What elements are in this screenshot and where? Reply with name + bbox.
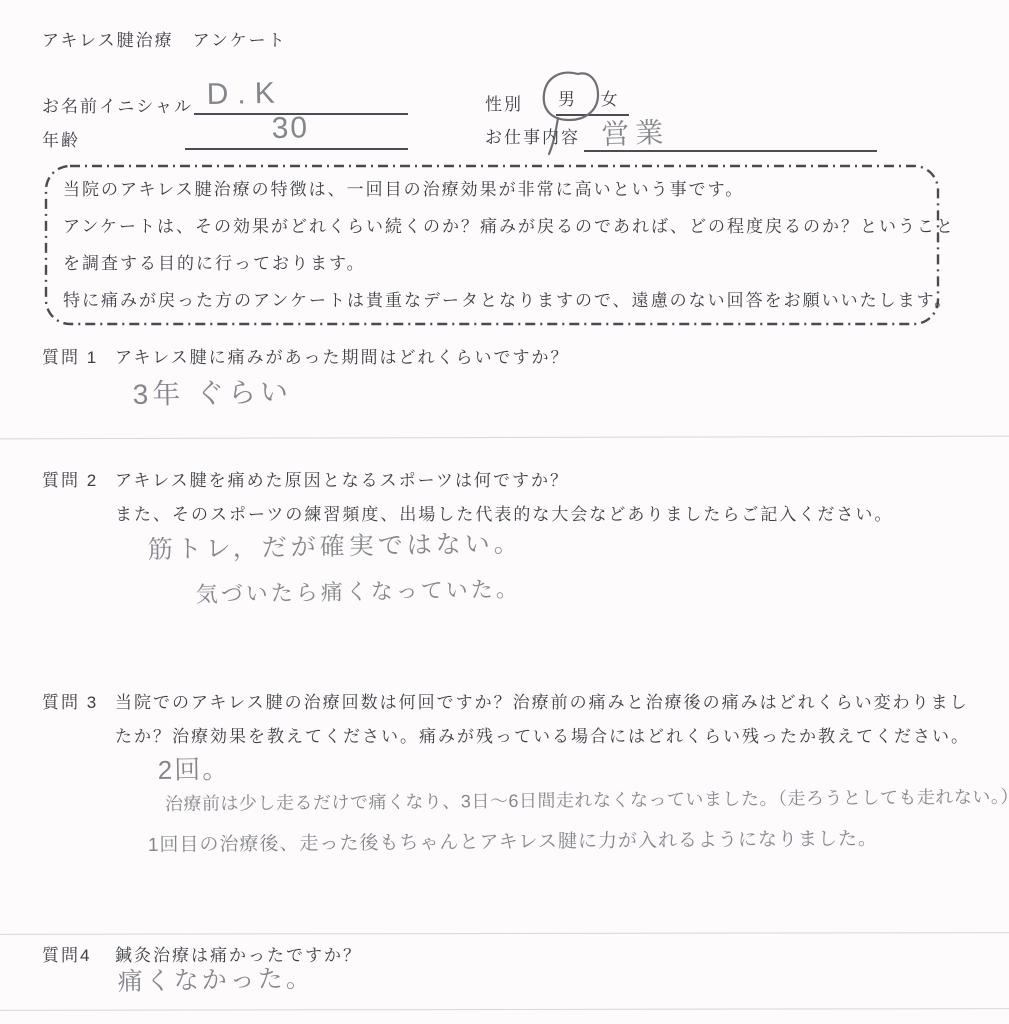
question-1-answer: 3年 ぐらい <box>132 370 292 413</box>
name-initial-label: お名前イニシャル <box>42 92 193 117</box>
question-1: 質問 1 アキレス腱に痛みがあった期間はどれくらいですか？ <box>42 343 569 368</box>
question-3-answer-line3: 1回目の治療後、走った後もちゃんとアキレス腱に力が入れるようになりました。 <box>148 824 878 857</box>
notice-line-2: アンケートは、その効果がどれくらい続くのか？痛みが戻るのであれば、どの程度戻るの… <box>63 208 955 245</box>
question-4-answer: 痛くなかった。 <box>117 959 314 998</box>
question-2-label: 質問 2 <box>42 466 115 491</box>
gender-label: 性別 <box>485 90 523 115</box>
age-value: 30 <box>271 111 309 146</box>
notice-box: 当院のアキレス腱治療の特徴は、一回目の治療効果が非常に高いという事です。 アンケ… <box>63 171 955 319</box>
age-underline <box>185 148 408 150</box>
question-2-answer-line2: 気づいたら痛くなっていた。 <box>195 572 521 609</box>
question-3-answer-line2: 治療前は少し走るだけで痛くなり、3日〜6日間走れなくなっていました。（走ろうとし… <box>165 783 1009 816</box>
scan-artifact-line-1 <box>0 436 1009 440</box>
question-2-text-line2: また、そのスポーツの練習頻度、出場した代表的な大会などありましたらご記入ください… <box>115 500 893 525</box>
notice-line-1: 当院のアキレス腱治療の特徴は、一回目の治療効果が非常に高いという事です。 <box>63 171 955 208</box>
question-3: 質問 3 当院でのアキレス腱の治療回数は何回ですか？治療前の痛みと治療後の痛みは… <box>42 688 969 713</box>
question-3-text: 当院でのアキレス腱の治療回数は何回ですか？治療前の痛みと治療後の痛みはどれくらい… <box>115 688 969 713</box>
age-label: 年齢 <box>42 126 80 151</box>
name-initial-value: D.K <box>206 77 284 112</box>
scan-artifact-line-2 <box>0 932 1009 935</box>
scan-artifact-line-3 <box>0 1008 1009 1011</box>
notice-line-3: を調査する目的に行っております。 <box>63 245 955 282</box>
question-3-text-line2: たか？治療効果を教えてください。痛みが残っている場合にはどれくらい残ったか教えて… <box>115 722 970 747</box>
question-3-label: 質問 3 <box>42 688 115 713</box>
question-2-answer-line1: 筋トレ，だが確実ではない。 <box>147 523 523 566</box>
question-1-text: アキレス腱に痛みがあった期間はどれくらいですか？ <box>115 343 569 368</box>
question-2: 質問 2 アキレス腱を痛めた原因となるスポーツは何ですか？ <box>42 466 569 491</box>
question-3-answer-line1: 2回。 <box>157 749 230 787</box>
job-value: 営業 <box>601 111 670 153</box>
question-4-label: 質問4 <box>42 941 115 966</box>
notice-line-4: 特に痛みが戻った方のアンケートは貴重なデータとなりますので、遠慮のない回答をお願… <box>63 282 955 319</box>
form-title: アキレス腱治療 アンケート <box>42 26 287 51</box>
job-label: お仕事内容 <box>485 123 580 148</box>
question-1-label: 質問 1 <box>42 343 115 368</box>
question-2-text: アキレス腱を痛めた原因となるスポーツは何ですか？ <box>115 466 569 491</box>
